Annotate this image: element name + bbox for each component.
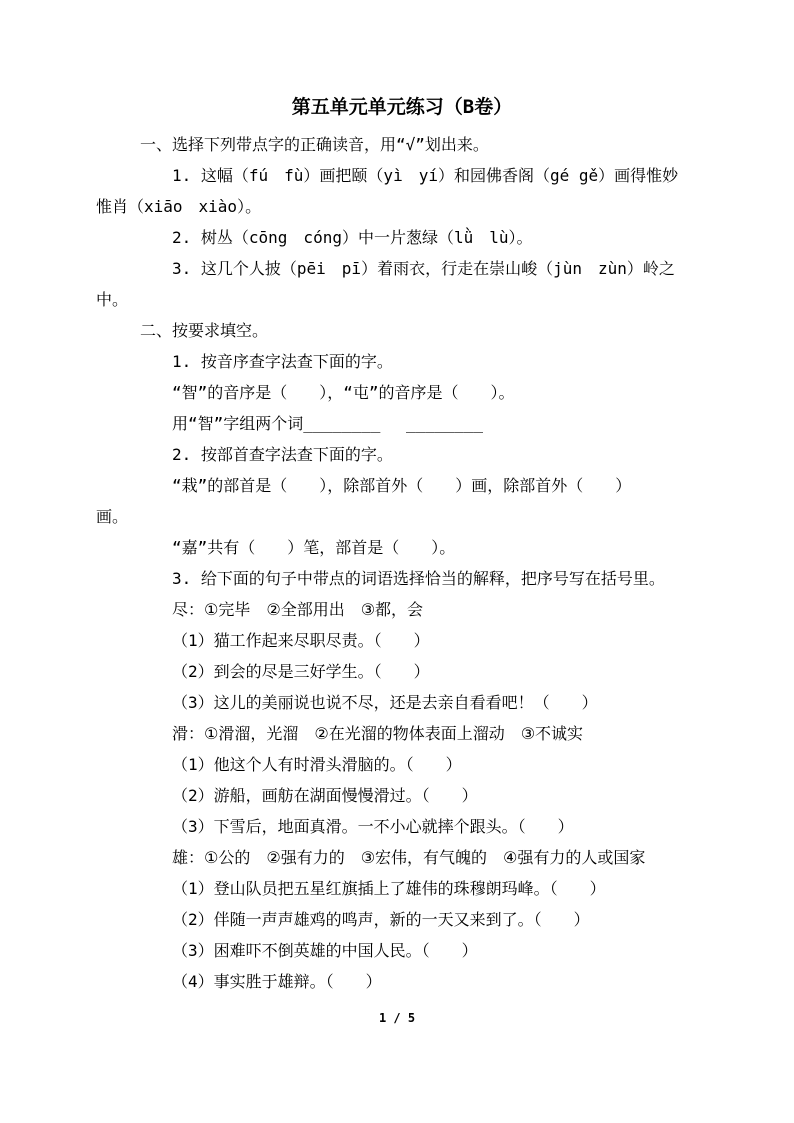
- document-content: 第五单元单元练习（B卷） 一、选择下列带点字的正确读音，用“√”划出来。 1. …: [96, 85, 708, 997]
- s2-q3-xiong-definitions: 雄：①公的 ②强有力的 ③宏伟，有气魄的 ④强有力的人或国家: [96, 842, 708, 873]
- s2-q3-jin-sentence-3: （3）这儿的美丽说也说不尽，还是去亲自看看吧！（ ）: [96, 687, 708, 718]
- s2-q3-jin-sentence-1: （1）猫工作起来尽职尽责。（ ）: [96, 625, 708, 656]
- s2-q3-xiong-sentence-1: （1）登山队员把五星红旗插上了雄伟的珠穆朗玛峰。（ ）: [96, 873, 708, 904]
- s2-q3-hua-sentence-2: （2）游船，画舫在湖面慢慢滑过。（ ）: [96, 780, 708, 811]
- s2-q3-xiong-sentence-4: （4）事实胜于雄辩。（ ）: [96, 966, 708, 997]
- page-number: 1 / 5: [0, 1008, 794, 1028]
- s1-q2: 2. 树丛（cōng cóng）中一片葱绿（lǜ lù）。: [96, 222, 708, 253]
- s2-q3-hua-sentence-1: （1）他这个人有时滑头滑脑的。（ ）: [96, 749, 708, 780]
- s1-q3-line2: 中。: [96, 284, 708, 315]
- s2-q2-jia: “嘉”共有（ ）笔，部首是（ ）。: [96, 532, 708, 563]
- s2-q3-jin-definitions: 尽：①完毕 ②全部用出 ③都，会: [96, 594, 708, 625]
- s2-q2-zai-line1: “栽”的部首是（ ），除部首外（ ）画，除部首外（ ）: [96, 470, 708, 501]
- s2-q2-heading: 2. 按部首查字法查下面的字。: [96, 439, 708, 470]
- s2-q1-heading: 1. 按音序查字法查下面的字。: [96, 346, 708, 377]
- s1-q1-line1: 1. 这幅（fú fù）画把颐（yì yí）和园佛香阁（gé gě）画得惟妙: [96, 160, 708, 191]
- section1-heading: 一、选择下列带点字的正确读音，用“√”划出来。: [96, 129, 708, 160]
- s2-q3-xiong-sentence-3: （3）困难吓不倒英雄的中国人民。（ ）: [96, 935, 708, 966]
- s2-q2-zai-line2: 画。: [96, 501, 708, 532]
- s2-q3-xiong-sentence-2: （2）伴随一声声雄鸡的鸣声，新的一天又来到了。（ ）: [96, 904, 708, 935]
- page-title: 第五单元单元练习（B卷）: [96, 85, 708, 129]
- s2-q3-hua-sentence-3: （3）下雪后，地面真滑。一不小心就摔个跟头。（ ）: [96, 811, 708, 842]
- s1-q3-line1: 3. 这几个人披（pēi pī）着雨衣，行走在崇山峻（jùn zùn）岭之: [96, 253, 708, 284]
- s2-q3-jin-sentence-2: （2）到会的尽是三好学生。（ ）: [96, 656, 708, 687]
- worksheet-page: 第五单元单元练习（B卷） 一、选择下列带点字的正确读音，用“√”划出来。 1. …: [0, 0, 794, 1123]
- s1-q1-line2: 惟肖（xiāo xiào）。: [96, 191, 708, 222]
- s2-q3-hua-definitions: 滑：①滑溜，光溜 ②在光溜的物体表面上溜动 ③不诚实: [96, 718, 708, 749]
- section2-heading: 二、按要求填空。: [96, 315, 708, 346]
- s2-q1-yinxu-blanks: “智”的音序是（ ），“屯”的音序是（ ）。: [96, 377, 708, 408]
- s2-q3-heading: 3. 给下面的句子中带点的词语选择恰当的解释，把序号写在括号里。: [96, 563, 708, 594]
- s2-q1-word-blanks: 用“智”字组两个词________ ________: [96, 408, 708, 439]
